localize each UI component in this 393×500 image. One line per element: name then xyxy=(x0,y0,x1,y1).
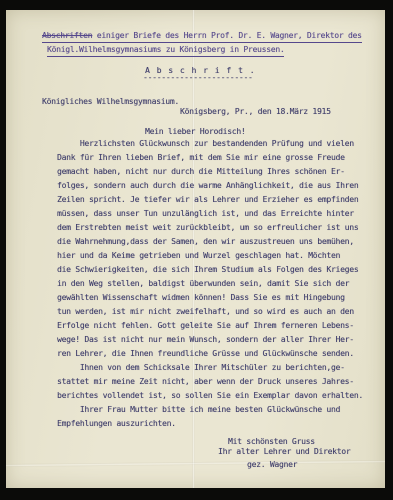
letter-body: Herzlichsten Glückwunsch zur bestandende… xyxy=(57,139,363,433)
signature: gez. Wagner xyxy=(247,460,297,470)
letter-line: dem Erstrebten meist weit zurückbleibt, … xyxy=(57,223,363,237)
letter-line: tun werden, ist mir nicht zweifelhaft, u… xyxy=(57,307,363,321)
title-dashed-underline: ------------------------ xyxy=(143,73,253,83)
letter-line: folges, sondern auch durch die warme Anh… xyxy=(57,181,363,195)
horizontal-fold-crease xyxy=(6,460,385,467)
letter-line: Ihrer Frau Mutter bitte ich meine besten… xyxy=(57,405,363,419)
letter-line: wege! Das ist nicht nur mein Wunsch, son… xyxy=(57,335,363,349)
annotation-line1-rest: einiger Briefe des Herrn Prof. Dr. E. Wa… xyxy=(92,31,361,40)
letter-line: stattet mir meine Zeit nicht, aber wenn … xyxy=(57,377,363,391)
archival-annotation-line1: Abschriften einiger Briefe des Herrn Pro… xyxy=(42,31,362,43)
letter-line: Herzlichsten Glückwunsch zur bestandende… xyxy=(57,139,363,153)
letter-paper: Abschriften einiger Briefe des Herrn Pro… xyxy=(6,10,385,488)
letter-line: müssen, dass unser Tun unzulänglich ist,… xyxy=(57,209,363,223)
letterhead-sender: Königliches Wilhelmsgymnasium. xyxy=(42,97,179,107)
letter-line: berichtes vollendet ist, so sollen Sie e… xyxy=(57,391,363,405)
letter-line: die Schwierigkeiten, die sich Ihrem Stud… xyxy=(57,265,363,279)
letterhead-dateline: Königsberg, Pr., den 18.März 1915 xyxy=(180,107,331,117)
letter-line: Dank für Ihren lieben Brief, mit dem Sie… xyxy=(57,153,363,167)
closing-role: Ihr alter Lehrer und Direktor xyxy=(218,447,350,457)
archival-annotation-line2: Königl.Wilhelmsgymnasiums zu Königsberg … xyxy=(47,45,284,57)
scanned-letter-page: Abschriften einiger Briefe des Herrn Pro… xyxy=(0,0,393,500)
letter-line: Empfehlungen auszurichten. xyxy=(57,419,363,433)
letter-line: Erfolge nicht fehlen. Gott geleite Sie a… xyxy=(57,321,363,335)
letter-line: gemacht haben, nicht nur durch die Mitte… xyxy=(57,167,363,181)
letter-line: Zeilen spricht. Je tiefer wir als Lehrer… xyxy=(57,195,363,209)
salutation: Mein lieber Horodisch! xyxy=(145,127,245,137)
annotation-struck-word: Abschriften xyxy=(42,31,92,40)
letter-line: hier und da Keime getrieben und Wurzel g… xyxy=(57,251,363,265)
closing-greeting: Mit schönsten Gruss xyxy=(228,437,315,447)
letter-line: die Wahrnehmung,dass der Samen, den wir … xyxy=(57,237,363,251)
letter-line: gewählten Wissenschaft widmen können! Da… xyxy=(57,293,363,307)
letter-line: Ihnen von dem Schicksale Ihrer Mitschüle… xyxy=(57,363,363,377)
letter-line: in den Weg stellen, baldigst überwunden … xyxy=(57,279,363,293)
letter-line: ren Lehrer, die Ihnen freundliche Grüsse… xyxy=(57,349,363,363)
